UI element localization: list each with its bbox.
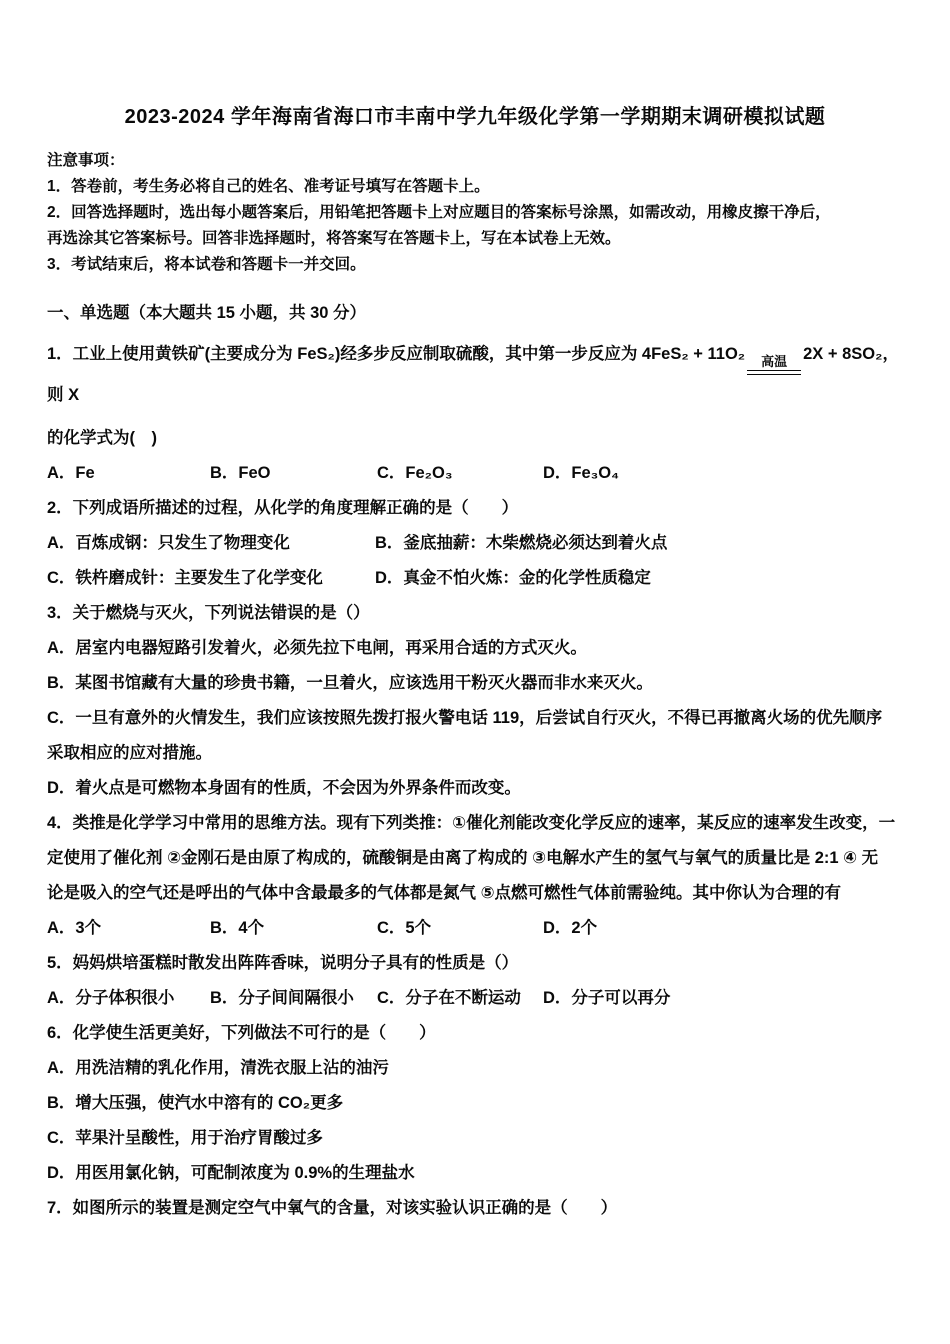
option-c: C．5个 — [377, 911, 543, 946]
question-2-stem: 2．下列成语所描述的过程，从化学的角度理解正确的是（ ） — [47, 491, 903, 526]
question-1: 1．工业上使用黄铁矿(主要成分为 FeS₂)经多步反应制取硫酸，其中第一步反应为… — [47, 334, 903, 491]
question-5: 5．妈妈烘培蛋糕时散发出阵阵香味，说明分子具有的性质是（） A．分子体积很小 B… — [47, 946, 903, 1016]
question-4-stem-line1: 4．类推是化学学习中常用的思维方法。现有下列类推：①催化剂能改变化学反应的速率，… — [47, 806, 903, 841]
option-a: A．百炼成钢：只发生了物理变化 — [47, 526, 375, 561]
notice-line-2: 2．回答选择题时，选出每小题答案后，用铅笔把答题卡上对应题目的答案标号涂黑，如需… — [47, 200, 903, 226]
notice-line-2-cont: 再选涂其它答案标号。回答非选择题时，将答案写在答题卡上，写在本试卷上无效。 — [47, 226, 903, 252]
option-b: B．增大压强，使汽水中溶有的 CO₂更多 — [47, 1086, 903, 1121]
option-a: A．分子体积很小 — [47, 981, 210, 1016]
question-4-stem-line3: 论是吸入的空气还是呼出的气体中含最最多的气体都是氮气 ⑤点燃可燃性气体前需验纯。… — [47, 876, 903, 911]
question-3: 3．关于燃烧与灭火，下列说法错误的是（） A．居室内电器短路引发着火，必须先拉下… — [47, 596, 903, 806]
option-c: C．Fe₂O₃ — [377, 456, 543, 491]
option-a: A．3个 — [47, 911, 210, 946]
question-4-stem-line2: 定使用了催化剂 ②金刚石是由原了构成的，硫酸铜是由离了构成的 ③电解水产生的氢气… — [47, 841, 903, 876]
option-b: B．釜底抽薪：木柴燃烧必须达到着火点 — [375, 526, 667, 561]
option-b: B．某图书馆藏有大量的珍贵书籍，一旦着火，应该选用干粉灭火器而非水来灭火。 — [47, 666, 903, 701]
question-7: 7．如图所示的装置是测定空气中氧气的含量，对该实验认识正确的是（ ） — [47, 1191, 903, 1226]
section-heading: 一、单选题（本大题共 15 小题，共 30 分） — [47, 298, 903, 328]
exam-title: 2023-2024 学年海南省海口市丰南中学九年级化学第一学期期末调研模拟试题 — [47, 104, 903, 131]
question-2-options-row1: A．百炼成钢：只发生了物理变化 B．釜底抽薪：木柴燃烧必须达到着火点 — [47, 526, 903, 561]
option-c-cont: 采取相应的应对措施。 — [47, 736, 903, 771]
question-1-options: A．Fe B．FeO C．Fe₂O₃ D．Fe₃O₄ — [47, 456, 903, 491]
option-d: D．2个 — [543, 911, 597, 946]
option-c: C．苹果汁呈酸性，用于治疗胃酸过多 — [47, 1121, 903, 1156]
question-1-stem-line2: 的化学式为( ) — [47, 421, 903, 456]
notice-heading: 注意事项： — [47, 148, 903, 174]
option-c: C．分子在不断运动 — [377, 981, 543, 1016]
option-b: B．FeO — [210, 456, 377, 491]
question-7-stem: 7．如图所示的装置是测定空气中氧气的含量，对该实验认识正确的是（ ） — [47, 1191, 903, 1226]
condition-text: 高温 — [761, 355, 787, 369]
question-6: 6．化学使生活更美好，下列做法不可行的是（ ） A．用洗洁精的乳化作用，清洗衣服… — [47, 1016, 903, 1191]
exam-paper: 2023-2024 学年海南省海口市丰南中学九年级化学第一学期期末调研模拟试题 … — [0, 0, 950, 1344]
option-d: D．着火点是可燃物本身固有的性质，不会因为外界条件而改变。 — [47, 771, 903, 806]
question-2-options-row2: C．铁杵磨成针：主要发生了化学变化 D．真金不怕火炼：金的化学性质稳定 — [47, 561, 903, 596]
option-c: C．一旦有意外的火情发生，我们应该按照先拨打报火警电话 119，后尝试自行灭火，… — [47, 701, 903, 736]
option-a: A．用洗洁精的乳化作用，清洗衣服上沾的油污 — [47, 1051, 903, 1086]
option-d: D．用医用氯化钠，可配制浓度为 0.9%的生理盐水 — [47, 1156, 903, 1191]
question-6-stem: 6．化学使生活更美好，下列做法不可行的是（ ） — [47, 1016, 903, 1051]
question-1-stem: 1．工业上使用黄铁矿(主要成分为 FeS₂)经多步反应制取硫酸，其中第一步反应为… — [47, 334, 903, 415]
option-a: A．居室内电器短路引发着火，必须先拉下电闸，再采用合适的方式灭火。 — [47, 631, 903, 666]
question-5-options: A．分子体积很小 B．分子间间隔很小 C．分子在不断运动 D．分子可以再分 — [47, 981, 903, 1016]
option-b: B．4个 — [210, 911, 377, 946]
q1-stem-pre: 1．工业上使用黄铁矿(主要成分为 FeS₂)经多步反应制取硫酸，其中第一步反应为… — [47, 345, 745, 363]
question-5-stem: 5．妈妈烘培蛋糕时散发出阵阵香味，说明分子具有的性质是（） — [47, 946, 903, 981]
option-d: D．Fe₃O₄ — [543, 456, 619, 491]
reaction-condition: 高温 — [747, 355, 801, 375]
questions: 1．工业上使用黄铁矿(主要成分为 FeS₂)经多步反应制取硫酸，其中第一步反应为… — [47, 334, 903, 1226]
option-a: A．Fe — [47, 456, 210, 491]
option-d: D．真金不怕火炼：金的化学性质稳定 — [375, 561, 651, 596]
option-c: C．铁杵磨成针：主要发生了化学变化 — [47, 561, 375, 596]
equals-double-line-icon — [747, 370, 801, 375]
notice-section: 注意事项： 1．答卷前，考生务必将自己的姓名、准考证号填写在答题卡上。 2．回答… — [47, 148, 903, 278]
question-4-options: A．3个 B．4个 C．5个 D．2个 — [47, 911, 903, 946]
question-3-stem: 3．关于燃烧与灭火，下列说法错误的是（） — [47, 596, 903, 631]
notice-line-1: 1．答卷前，考生务必将自己的姓名、准考证号填写在答题卡上。 — [47, 174, 903, 200]
option-d: D．分子可以再分 — [543, 981, 670, 1016]
question-2: 2．下列成语所描述的过程，从化学的角度理解正确的是（ ） A．百炼成钢：只发生了… — [47, 491, 903, 596]
question-4: 4．类推是化学学习中常用的思维方法。现有下列类推：①催化剂能改变化学反应的速率，… — [47, 806, 903, 946]
option-b: B．分子间间隔很小 — [210, 981, 377, 1016]
notice-line-3: 3．考试结束后，将本试卷和答题卡一并交回。 — [47, 252, 903, 278]
